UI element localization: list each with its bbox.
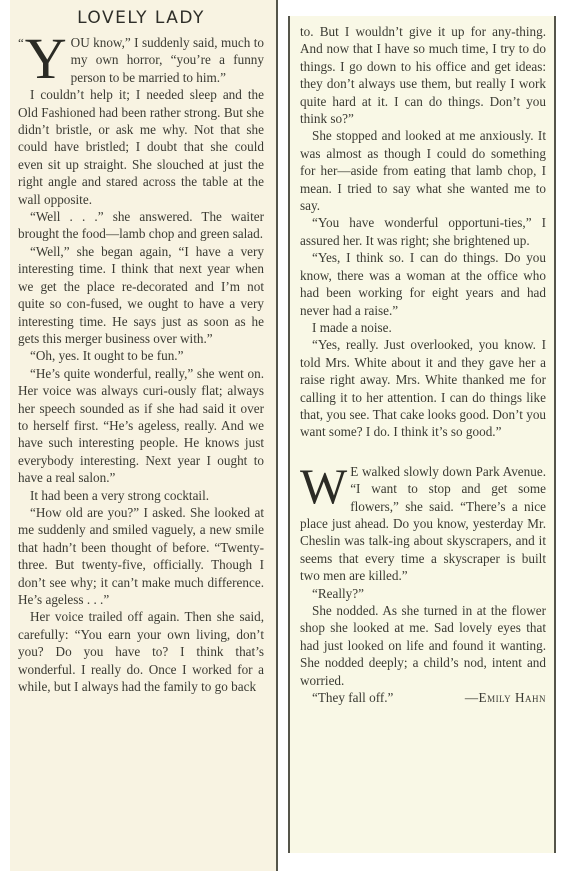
paragraph: Her voice trailed off again. Then she sa…	[18, 608, 264, 695]
paragraph: She stopped and looked at me anxiously. …	[300, 127, 546, 214]
article-title: LOVELY LADY	[18, 8, 264, 28]
paragraph: I made a noise.	[300, 319, 546, 336]
left-column: LOVELY LADY “YOU know,” I suddenly said,…	[10, 0, 278, 871]
paragraph: I couldn’t help it; I needed sleep and t…	[18, 86, 264, 208]
author-signature: —Emily Hahn	[465, 689, 546, 706]
paragraph: “Yes, I think so. I can do things. Do yo…	[300, 249, 546, 319]
opening-paragraph: “YOU know,” I suddenly said, much to my …	[18, 34, 264, 86]
opening-text: OU know,” I suddenly said, much to my ow…	[71, 35, 264, 85]
paragraph: “Well,” she began again, “I have a very …	[18, 243, 264, 347]
paragraph: “Oh, yes. It ought to be fun.”	[18, 347, 264, 364]
drop-cap-w: W	[300, 466, 347, 506]
continued-paragraph: to. But I wouldn’t give it up for any-th…	[300, 23, 546, 127]
paragraph: “Really?”	[300, 585, 546, 602]
closing-line: “They fall off.” —Emily Hahn	[300, 689, 546, 706]
drop-cap-y: Y	[25, 36, 67, 82]
paragraph: It had been a very strong cocktail.	[18, 487, 264, 504]
paragraph: “How old are you?” I asked. She looked a…	[18, 504, 264, 608]
right-column: to. But I wouldn’t give it up for any-th…	[288, 16, 556, 853]
paragraph: “You have wonderful opportuni-ties,” I a…	[300, 214, 546, 249]
paragraph: “Yes, really. Just overlooked, you know.…	[300, 336, 546, 440]
closing-quote: “They fall off.”	[312, 689, 393, 706]
section-opening-paragraph: WE walked slowly down Park Avenue. “I wa…	[300, 463, 546, 585]
paragraph: “Well . . .” she answered. The waiter br…	[18, 208, 264, 243]
paragraph: She nodded. As she turned in at the flow…	[300, 602, 546, 689]
open-quote: “	[18, 34, 24, 51]
paragraph: “He’s quite wonderful, really,” she went…	[18, 365, 264, 487]
